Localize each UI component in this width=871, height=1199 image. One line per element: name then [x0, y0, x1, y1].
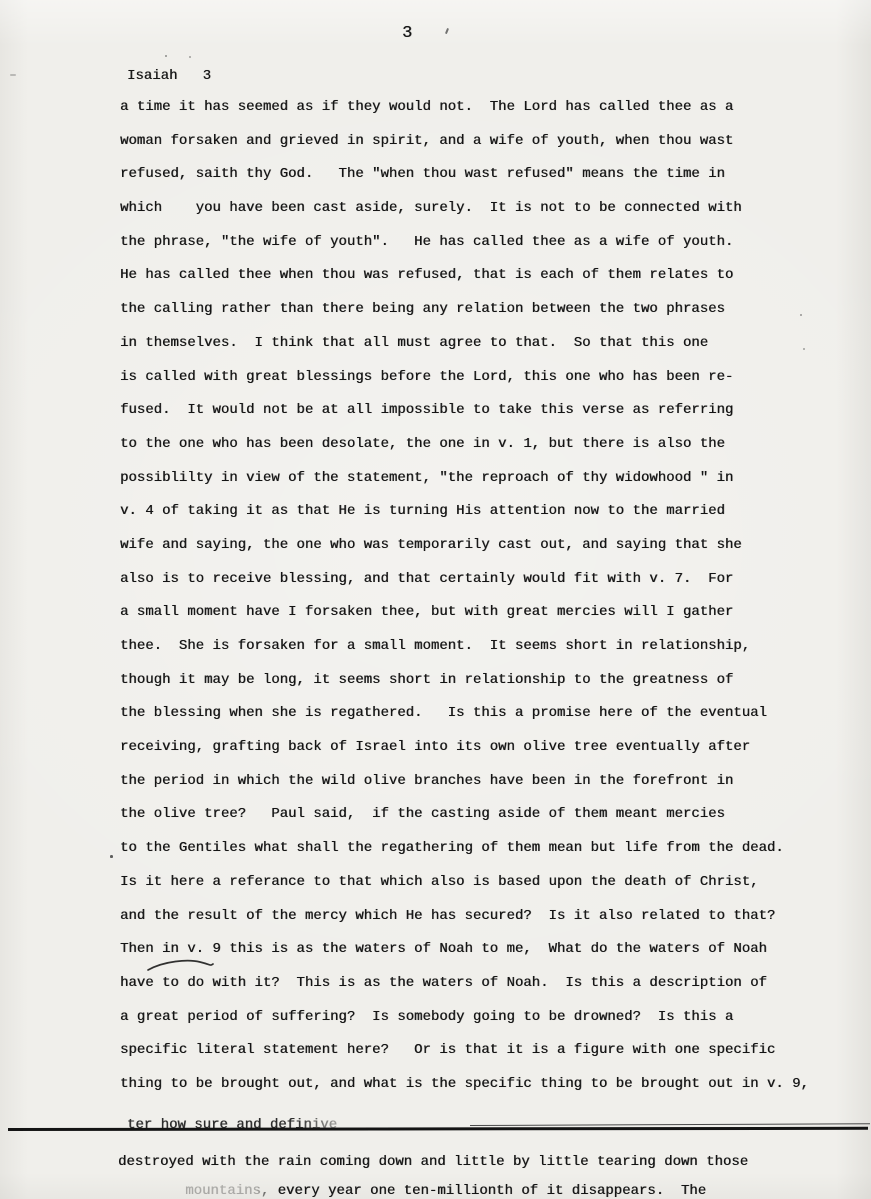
text-line: specific literal statement here? Or is t… — [120, 1034, 809, 1068]
text-line: also is to receive blessing, and that ce… — [120, 563, 809, 597]
text-line: Then in v. 9 this is as the waters of No… — [120, 933, 809, 967]
bottom-text-line-cut: mountains, every year one ten-millionth … — [118, 1181, 706, 1199]
scan-speck — [110, 855, 113, 858]
typewritten-document-page: 3 Isaiah 3 a time it has seemed as if th… — [0, 0, 871, 1199]
text-line: fused. It would not be at all impossible… — [120, 394, 809, 428]
text-line: He has called thee when thou was refused… — [120, 259, 809, 293]
text-line: the calling rather than there being any … — [120, 293, 809, 327]
page-splice-dark-line — [8, 1127, 868, 1131]
scan-speck — [189, 56, 191, 58]
text-line: the olive tree? Paul said, if the castin… — [120, 798, 809, 832]
text-line: thing to be brought out, and what is the… — [120, 1068, 809, 1102]
text-line: a time it has seemed as if they would no… — [120, 91, 809, 125]
text-line: refused, saith thy God. The "when thou w… — [120, 158, 809, 192]
scan-speck — [165, 55, 167, 57]
text-line: to the Gentiles what shall the regatheri… — [120, 832, 809, 866]
scan-speck — [445, 28, 449, 34]
text-line: possiblilty in view of the statement, "t… — [120, 462, 809, 496]
text-line: have to do with it? This is as the water… — [120, 967, 809, 1001]
text-line: the phrase, "the wife of youth". He has … — [120, 226, 809, 260]
text-line: the blessing when she is regathered. Is … — [120, 697, 809, 731]
text-line: wife and saying, the one who was tempora… — [120, 529, 809, 563]
body-text: a time it has seemed as if they would no… — [120, 91, 809, 1102]
page-splice-thin-line — [470, 1123, 870, 1126]
text-line: a small moment have I forsaken thee, but… — [120, 596, 809, 630]
text-line: is called with great blessings before th… — [120, 361, 809, 395]
text-line: to the one who has been desolate, the on… — [120, 428, 809, 462]
page-number: 3 — [402, 24, 412, 44]
text-line: woman forsaken and grieved in spirit, an… — [120, 125, 809, 159]
text-line: a great period of suffering? Is somebody… — [120, 1001, 809, 1035]
pen-underline-annotation — [146, 958, 216, 972]
text-line: in themselves. I think that all must agr… — [120, 327, 809, 361]
text-line: which you have been cast aside, surely. … — [120, 192, 809, 226]
text-line: thee. She is forsaken for a small moment… — [120, 630, 809, 664]
bottom-text-line: destroyed with the rain coming down and … — [118, 1152, 748, 1172]
text-line: receiving, grafting back of Israel into … — [120, 731, 809, 765]
text-line: Is it here a referance to that which als… — [120, 866, 809, 900]
text-line: the period in which the wild olive branc… — [120, 765, 809, 799]
text-line: and the result of the mercy which He has… — [120, 900, 809, 934]
scan-speck — [10, 74, 16, 76]
section-heading: Isaiah 3 — [127, 66, 211, 86]
text-line: though it may be long, it seems short in… — [120, 664, 809, 698]
text-line: v. 4 of taking it as that He is turning … — [120, 495, 809, 529]
